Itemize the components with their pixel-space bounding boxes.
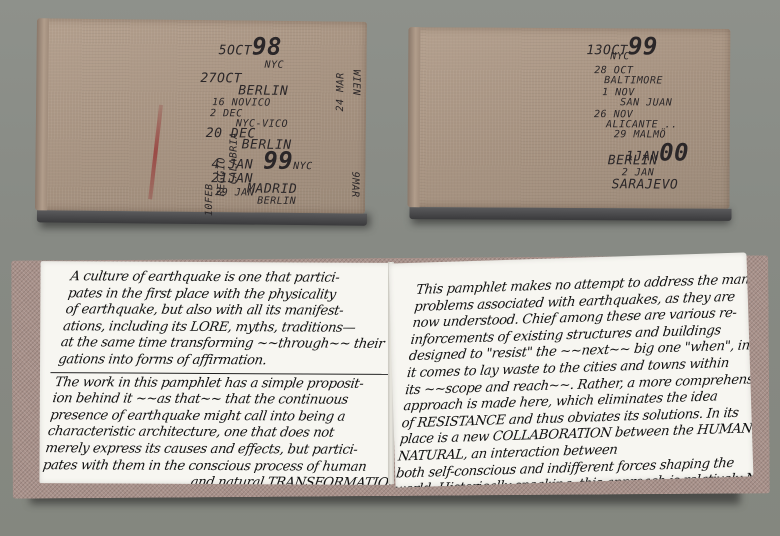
closed-notebook-1998: 5OCT98 NYC 27OCT BERLIN 16 NOVICO 2 DEC …: [35, 18, 367, 213]
text-line: presence of earthquake might call into b…: [49, 408, 375, 426]
cover-entry: NYC: [264, 61, 284, 71]
cover-entry: NYC: [610, 52, 630, 62]
cover-entry: 27OCT: [200, 72, 242, 85]
cover-entry: 16 NOVICO: [212, 98, 271, 109]
cover-entry: BERLIN: [257, 197, 296, 207]
cover-vertical-entry: 9MAR: [349, 172, 359, 198]
text-line: characteristic architecture, one that do…: [46, 424, 372, 442]
cover-vertical-entry: CALABRIA: [229, 132, 240, 184]
notebook-spine: [35, 18, 49, 210]
notebook-spine: [408, 27, 421, 207]
text-line: ations, including its LORE, myths, tradi…: [62, 319, 388, 337]
notebook-base: [409, 207, 731, 221]
cover-entry: BALTIMORE: [604, 76, 663, 86]
cover-entry: BERLIN: [238, 84, 288, 98]
text-line: The work in this pamphlet has a simple p…: [54, 375, 380, 393]
closed-notebook-1999: 13OCT99 NYC 28 OCT BALTIMORE 1 NOV SAN J…: [408, 27, 731, 209]
cover-vertical-entry: 10FEB: [205, 183, 215, 216]
cover-vertical-entry: WIEN: [350, 70, 360, 96]
text-line: ion behind it ~~as that~~ that the conti…: [51, 391, 377, 409]
cover-entry: MADRID: [247, 182, 297, 196]
left-page: A culture of earthquake is one that part…: [39, 261, 392, 485]
cover-entry: 5OCT98: [219, 34, 282, 59]
cover-entry: SAN JUAN: [620, 98, 672, 108]
cover-entry: BERLIN: [608, 154, 658, 167]
text-line: pates in the first place with the physic…: [67, 286, 393, 304]
red-ink-mark: [148, 105, 163, 200]
text-line: and natural TRANSFORMATION.: [39, 474, 365, 485]
text-line: of earthquake, but also with all its man…: [64, 302, 390, 320]
right-page: This pamphlet makes no attempt to addres…: [389, 252, 754, 487]
cover-vertical-entry: REGGIO: [217, 157, 227, 196]
text-line: at the same time transforming ~~through~…: [59, 336, 385, 354]
text-line: pates with them in the conscious process…: [42, 458, 368, 476]
handwritten-text: A culture of earthquake is one that part…: [39, 261, 392, 485]
text-line: merely express its causes and effects, b…: [44, 441, 370, 459]
text-line: gations into forms of affirmation.: [57, 352, 383, 370]
cover-vertical-entry: 24 MAR: [336, 72, 346, 111]
text-line: A culture of earthquake is one that part…: [69, 269, 392, 287]
cover-entry: SARAJEVO: [612, 178, 679, 191]
handwritten-text: This pamphlet makes no attempt to addres…: [389, 252, 754, 487]
